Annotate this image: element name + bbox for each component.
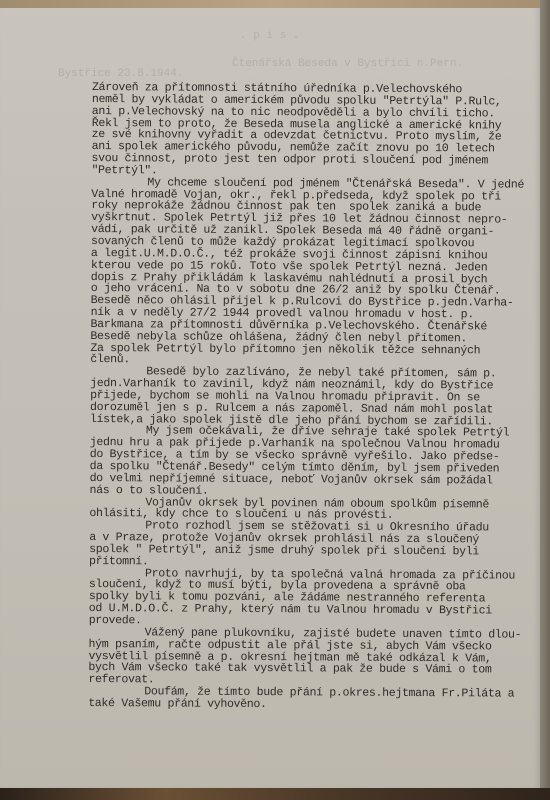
paragraph: Doufám, že tímto bude přání p.okres.hejt… (88, 686, 533, 712)
paragraph: Proto rozhodl jsem se stěžovati si u Okr… (89, 520, 534, 570)
paragraph: Zároveň za přítomnosti státního úředníka… (91, 82, 537, 179)
letter-body: Zároveň za přítomnosti státního úředníka… (88, 82, 537, 712)
paragraph: Proto navrhuji, by ta společná valná hro… (89, 568, 534, 630)
show-through-heading: . p i s . (240, 30, 299, 42)
show-through-line-1: Čtenářská Beseda v Bystřici n.Pern. (232, 58, 463, 70)
page-bottom-edge (0, 788, 550, 800)
text-line: Za spolek Petrtýl bylo přítomno jen něko… (90, 343, 535, 358)
paragraph: My chceme sloučení pod jménem "Čtenářská… (90, 177, 536, 369)
show-through-line-2: Bystřice 23.8.1944. (58, 68, 183, 80)
page-top-edge (0, 0, 550, 8)
text-line: spolek " Petrtýl", aniž jsme druhý spole… (89, 544, 534, 559)
paragraph: Vážený pane plukovníku, zajisté budete u… (88, 627, 533, 689)
paragraph: My jsem očekávali, že dříve sehraje také… (89, 425, 534, 499)
binder-edge (540, 0, 550, 800)
paragraph: Besedě bylo zazlíváno, že nebyl také pří… (90, 366, 535, 428)
document-page: . p i s . Čtenářská Beseda v Bystřici n.… (0, 0, 542, 790)
